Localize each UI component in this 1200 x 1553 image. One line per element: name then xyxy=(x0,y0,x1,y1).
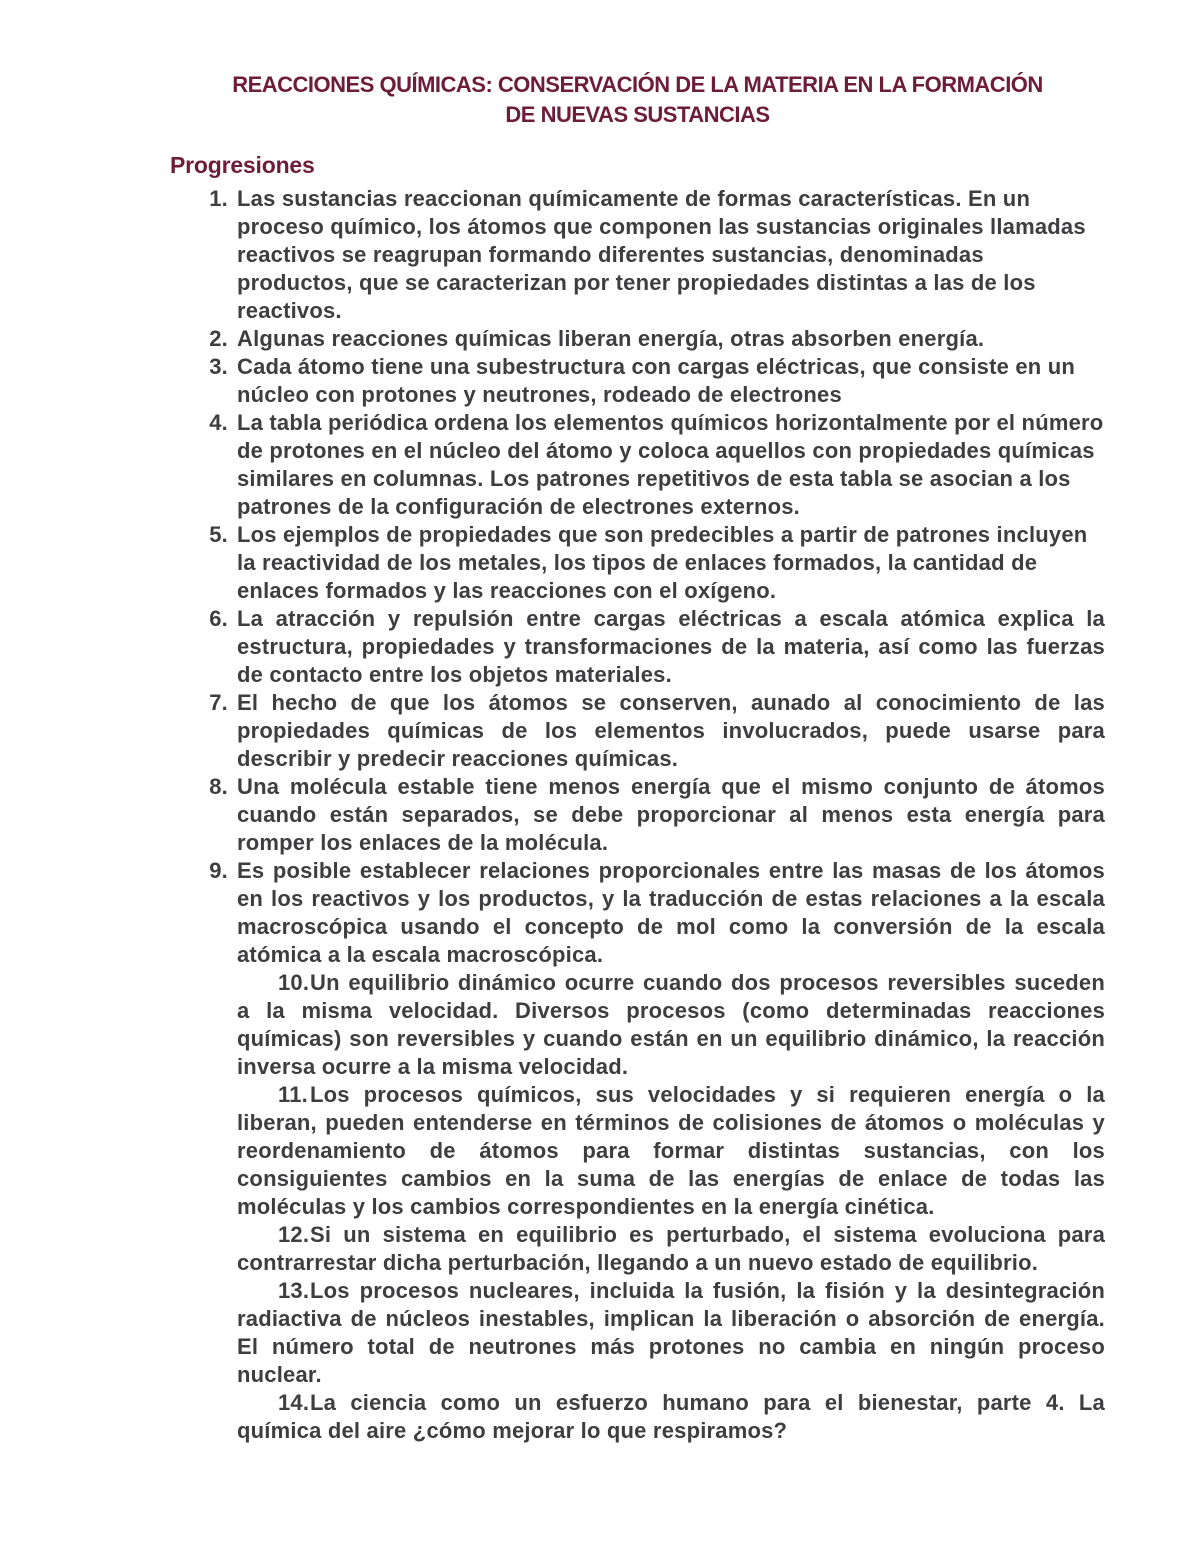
list-item-text: Algunas reacciones químicas liberan ener… xyxy=(237,326,984,351)
list-item-number: 9. xyxy=(170,857,228,885)
list-item-text: Cada átomo tiene una subestructura con c… xyxy=(237,354,1075,407)
list-item-number: 3. xyxy=(170,353,228,381)
list-item: 12.Si un sistema en equilibrio es pertur… xyxy=(0,1221,1200,1277)
list-item-number: 8. xyxy=(170,773,228,801)
document-title-line-2: DE NUEVAS SUSTANCIAS xyxy=(170,100,1105,130)
list-item-number: 10. xyxy=(205,969,309,997)
list-item-text: Una molécula estable tiene menos energía… xyxy=(237,774,1105,855)
list-item: 13.Los procesos nucleares, incluida la f… xyxy=(0,1277,1200,1389)
list-item-number: 14. xyxy=(205,1389,309,1417)
list-item-number: 4. xyxy=(170,409,228,437)
list-item-text: Las sustancias reaccionan químicamente d… xyxy=(237,186,1086,323)
list-item-text: La tabla periódica ordena los elementos … xyxy=(237,410,1103,519)
list-item-number: 5. xyxy=(170,521,228,549)
list-item-number: 1. xyxy=(170,185,228,213)
list-item-text: La ciencia como un esfuerzo humano para … xyxy=(237,1390,1105,1443)
list-item-number: 11. xyxy=(205,1081,308,1109)
document-title: REACCIONES QUÍMICAS: CONSERVACIÓN DE LA … xyxy=(0,0,1200,130)
list-item-text: Es posible establecer relaciones proporc… xyxy=(237,858,1105,967)
list-item: 14.La ciencia como un esfuerzo humano pa… xyxy=(0,1389,1200,1445)
list-item-text: El hecho de que los átomos se conserven,… xyxy=(237,690,1105,771)
document-title-line-1: REACCIONES QUÍMICAS: CONSERVACIÓN DE LA … xyxy=(170,70,1105,100)
list-item-number: 2. xyxy=(170,325,228,353)
list-item-text: Un equilibrio dinámico ocurre cuando dos… xyxy=(237,970,1105,1079)
list-item-number: 12. xyxy=(205,1221,309,1249)
list-item-text: Los procesos nucleares, incluida la fusi… xyxy=(237,1278,1105,1387)
list-item-text: Los ejemplos de propiedades que son pred… xyxy=(237,522,1087,603)
list-item: 1.Las sustancias reaccionan químicamente… xyxy=(0,185,1200,325)
list-item: 3.Cada átomo tiene una subestructura con… xyxy=(0,353,1200,409)
section-heading: Progresiones xyxy=(0,152,1200,178)
list-item-text: Los procesos químicos, sus velocidades y… xyxy=(237,1082,1105,1219)
list-item: 8.Una molécula estable tiene menos energ… xyxy=(0,773,1200,857)
list-item: 5.Los ejemplos de propiedades que son pr… xyxy=(0,521,1200,605)
progressions-list: 1.Las sustancias reaccionan químicamente… xyxy=(0,178,1200,1445)
list-item: 10.Un equilibrio dinámico ocurre cuando … xyxy=(0,969,1200,1081)
list-item-number: 7. xyxy=(170,689,228,717)
list-item: 2.Algunas reacciones químicas liberan en… xyxy=(0,325,1200,353)
list-item-text: La atracción y repulsión entre cargas el… xyxy=(237,606,1105,687)
list-item-text: Si un sistema en equilibrio es perturbad… xyxy=(237,1222,1105,1275)
list-item: 7.El hecho de que los átomos se conserve… xyxy=(0,689,1200,773)
list-item: 9.Es posible establecer relaciones propo… xyxy=(0,857,1200,969)
list-item: 6.La atracción y repulsión entre cargas … xyxy=(0,605,1200,689)
list-item: 11.Los procesos químicos, sus velocidade… xyxy=(0,1081,1200,1221)
list-item-number: 13. xyxy=(205,1277,309,1305)
document-page: REACCIONES QUÍMICAS: CONSERVACIÓN DE LA … xyxy=(0,0,1200,1553)
list-item-number: 6. xyxy=(170,605,228,633)
list-item: 4.La tabla periódica ordena los elemento… xyxy=(0,409,1200,521)
